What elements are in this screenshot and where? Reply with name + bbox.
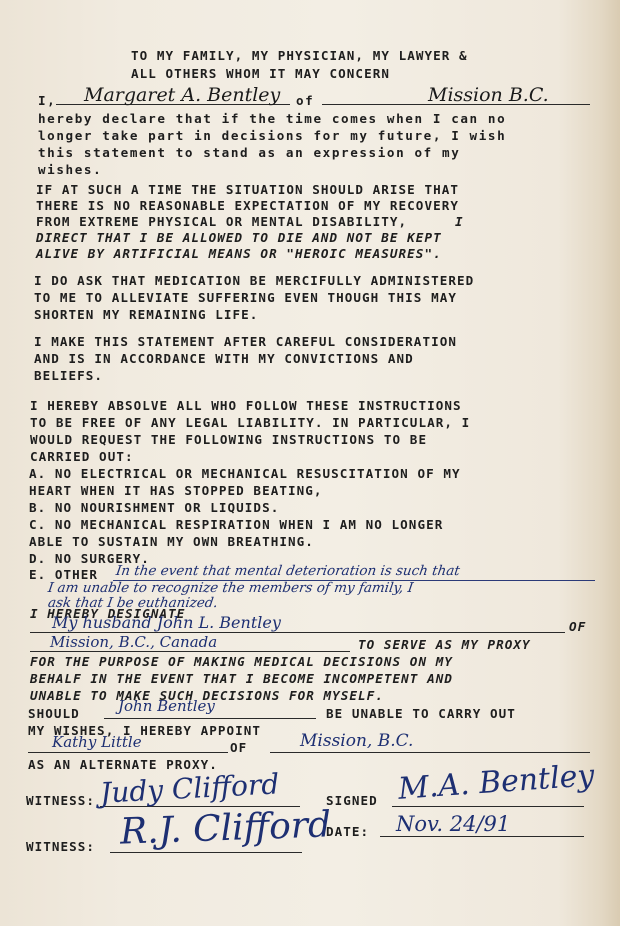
situation-italic-line: ALIVE BY ARTIFICIAL MEANS OR "HEROIC MEA…	[36, 245, 442, 263]
witness1-label: WITNESS:	[26, 792, 95, 810]
other-handwritten-line: In the event that mental deterioration i…	[115, 563, 461, 579]
heading-line-1: TO MY FAMILY, MY PHYSICIAN, MY LAWYER &	[131, 47, 468, 65]
living-will-document: TO MY FAMILY, MY PHYSICIAN, MY LAWYER & …	[0, 0, 620, 926]
alternate-of-label: OF	[230, 739, 247, 757]
unable-text: BE UNABLE TO CARRY OUT	[326, 705, 516, 723]
date-line	[380, 836, 584, 837]
intro-line: this statement to stand as an expression…	[38, 144, 460, 162]
heading-line-2: ALL OTHERS WHOM IT MAY CONCERN	[131, 65, 390, 83]
medication-line: TO ME TO ALLEVIATE SUFFERING EVEN THOUGH…	[34, 289, 457, 307]
date-label: DATE:	[326, 823, 369, 841]
should-name: John Bentley	[118, 697, 215, 715]
intro-line: wishes.	[38, 161, 102, 179]
declarant-signature: M.A. Bentley	[397, 758, 595, 807]
intro-line: longer take part in decisions for my fut…	[38, 127, 506, 145]
medication-line: I DO ASK THAT MEDICATION BE MERCIFULLY A…	[34, 272, 474, 290]
intro-line: hereby declare that if the time comes wh…	[38, 110, 506, 128]
intro-of-label: of	[296, 92, 314, 110]
should-label: SHOULD	[28, 705, 80, 723]
statement-line: I MAKE THIS STATEMENT AFTER CAREFUL CONS…	[34, 333, 457, 351]
statement-line: AND IS IN ACCORDANCE WITH MY CONVICTIONS…	[34, 350, 414, 368]
proxy-name: My husband John L. Bentley	[52, 613, 281, 632]
should-name-line	[104, 718, 316, 719]
alternate-name: Kathy Little	[52, 733, 142, 751]
proxy-purpose-line: BEHALF IN THE EVENT THAT I BECOME INCOMP…	[30, 670, 453, 688]
intro-prefix: I,	[38, 92, 56, 110]
serve-as-proxy-text: TO SERVE AS MY PROXY	[358, 636, 531, 654]
date-value: Nov. 24/91	[396, 812, 510, 836]
alternate-name-line	[28, 752, 228, 753]
absolve-line: WOULD REQUEST THE FOLLOWING INSTRUCTIONS…	[30, 431, 427, 449]
witness2-line	[110, 852, 302, 853]
instruction-a: A. NO ELECTRICAL OR MECHANICAL RESUSCITA…	[29, 465, 461, 483]
statement-line: BELIEFS.	[34, 367, 103, 385]
medication-line: SHORTEN MY REMAINING LIFE.	[34, 306, 258, 324]
absolve-line: TO BE FREE OF ANY LEGAL LIABILITY. IN PA…	[30, 414, 470, 432]
situation-italic-line: I	[455, 213, 464, 231]
proxy-of-label: OF	[569, 618, 586, 636]
declarant-place: Mission B.C.	[428, 84, 549, 106]
instruction-c-cont: ABLE TO SUSTAIN MY OWN BREATHING.	[29, 533, 314, 551]
proxy-purpose-line: FOR THE PURPOSE OF MAKING MEDICAL DECISI…	[30, 653, 453, 671]
other-handwritten-line: I am unable to recognize the members of …	[47, 580, 414, 596]
proxy-place-line	[30, 651, 350, 652]
alternate-place-line	[270, 752, 590, 753]
absolve-line: CARRIED OUT:	[30, 448, 134, 466]
signed-label: SIGNED	[326, 792, 378, 810]
proxy-place: Mission, B.C., Canada	[50, 633, 217, 651]
instruction-c: C. NO MECHANICAL RESPIRATION WHEN I AM N…	[29, 516, 443, 534]
instruction-b: B. NO NOURISHMENT OR LIQUIDS.	[29, 499, 279, 517]
alternate-place: Mission, B.C.	[300, 731, 413, 751]
signed-line	[392, 806, 584, 807]
declarant-name: Margaret A. Bentley	[84, 84, 280, 106]
witness2-signature: R.J. Clifford	[119, 804, 331, 852]
witness2-label: WITNESS:	[26, 838, 95, 856]
absolve-line: I HEREBY ABSOLVE ALL WHO FOLLOW THESE IN…	[30, 397, 462, 415]
instruction-a-cont: HEART WHEN IT HAS STOPPED BEATING,	[29, 482, 323, 500]
